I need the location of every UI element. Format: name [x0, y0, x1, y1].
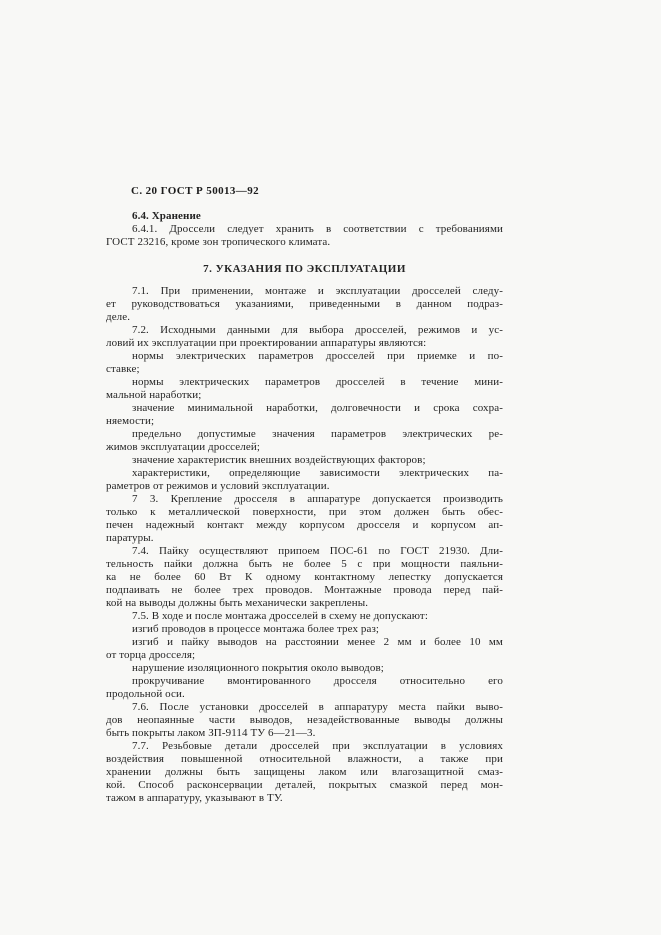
text-line: 7 3. Крепление дросселя в аппаратуре доп… — [106, 493, 503, 506]
text-line: печен надежный контакт между корпусом др… — [106, 519, 503, 532]
text-line: 7.4. Пайку осуществляют припоем ПОС-61 п… — [106, 545, 503, 558]
text-line: 7. УКАЗАНИЯ ПО ЭКСПЛУАТАЦИИ — [106, 263, 503, 276]
text-line: деле. — [106, 311, 503, 324]
text-line: ка не более 60 Вт К одному контактному л… — [106, 571, 503, 584]
text-line: ет руководствоваться указаниями, приведе… — [106, 298, 503, 311]
text-line: ставке; — [106, 363, 503, 376]
text-line: быть покрыты лаком ЗП-9114 ТУ 6—21—3. — [106, 727, 503, 740]
text-line: нормы электрических параметров дросселей… — [106, 350, 503, 363]
text-line: нарушение изоляционного покрытия около в… — [106, 662, 503, 675]
text-line: 7.1. При применении, монтаже и эксплуата… — [106, 285, 503, 298]
text-line: тельность пайки должна быть не более 5 с… — [106, 558, 503, 571]
text-line: 7.5. В ходе и после монтажа дросселей в … — [106, 610, 503, 623]
paragraph: значение минимальной наработки, долговеч… — [106, 402, 503, 428]
text-line: раметров от режимов и условий эксплуатац… — [106, 480, 503, 493]
paragraph: значение характеристик внешних воздейств… — [106, 454, 503, 467]
paragraph: нарушение изоляционного покрытия около в… — [106, 662, 503, 675]
paragraph: прокручивание вмонтированного дросселя о… — [106, 675, 503, 701]
text-line: ловий их эксплуатации при проектировании… — [106, 337, 503, 350]
page-header: С. 20 ГОСТ Р 50013—92 — [131, 185, 259, 198]
text-line: только к металлической поверхности, при … — [106, 506, 503, 519]
text-line: изгиб проводов в процессе монтажа более … — [106, 623, 503, 636]
text-line: значение минимальной наработки, долговеч… — [106, 402, 503, 415]
paragraph: предельно допустимые значения параметров… — [106, 428, 503, 454]
paragraph: характеристики, определяющие зависимости… — [106, 467, 503, 493]
text-line: паратуры. — [106, 532, 503, 545]
text-line: 7.7. Резьбовые детали дросселей при эксп… — [106, 740, 503, 753]
text-line: изгиб и пайку выводов на расстоянии мене… — [106, 636, 503, 649]
text-line: подпаивать не более трех проводов. Монта… — [106, 584, 503, 597]
text-line: нормы электрических параметров дросселей… — [106, 376, 503, 389]
paragraph: 7.5. В ходе и после монтажа дросселей в … — [106, 610, 503, 623]
paragraph: 6.4.1. Дроссели следует хранить в соотве… — [106, 223, 503, 249]
paragraph: 7 3. Крепление дросселя в аппаратуре доп… — [106, 493, 503, 545]
paragraph: 7.2. Исходными данными для выбора дроссе… — [106, 324, 503, 350]
text-line: тажом в аппаратуру, указывают в ТУ. — [106, 792, 503, 805]
paragraph: 6.4. Хранение — [106, 210, 503, 223]
paragraph: изгиб проводов в процессе монтажа более … — [106, 623, 503, 636]
paragraph: изгиб и пайку выводов на расстоянии мене… — [106, 636, 503, 662]
section-heading: 7. УКАЗАНИЯ ПО ЭКСПЛУАТАЦИИ — [106, 263, 503, 276]
text-line: дов неопаянные части выводов, незадейств… — [106, 714, 503, 727]
text-line: мальной наработки; — [106, 389, 503, 402]
document-body: 6.4. Хранение6.4.1. Дроссели следует хра… — [106, 210, 503, 805]
paragraph: 7.6. После установки дросселей в аппарат… — [106, 701, 503, 740]
text-line: прокручивание вмонтированного дросселя о… — [106, 675, 503, 688]
paragraph: 7.1. При применении, монтаже и эксплуата… — [106, 285, 503, 324]
text-line: няемости; — [106, 415, 503, 428]
text-line: предельно допустимые значения параметров… — [106, 428, 503, 441]
text-line: значение характеристик внешних воздейств… — [106, 454, 503, 467]
text-line: воздействия повышенной относительной вла… — [106, 753, 503, 766]
text-line: продольной оси. — [106, 688, 503, 701]
text-line: 7.6. После установки дросселей в аппарат… — [106, 701, 503, 714]
text-line: хранении должны быть защищены лаком или … — [106, 766, 503, 779]
text-line: кой. Способ расконсервации деталей, покр… — [106, 779, 503, 792]
text-line: характеристики, определяющие зависимости… — [106, 467, 503, 480]
text-line: жимов эксплуатации дросселей; — [106, 441, 503, 454]
scanned-document-page: С. 20 ГОСТ Р 50013—92 6.4. Хранение6.4.1… — [0, 0, 661, 935]
text-line: 6.4.1. Дроссели следует хранить в соотве… — [106, 223, 503, 236]
text-line: 7.2. Исходными данными для выбора дроссе… — [106, 324, 503, 337]
text-line: от торца дросселя; — [106, 649, 503, 662]
text-line: 6.4. Хранение — [106, 210, 503, 223]
paragraph: нормы электрических параметров дросселей… — [106, 376, 503, 402]
paragraph: 7.4. Пайку осуществляют припоем ПОС-61 п… — [106, 545, 503, 610]
text-line: ГОСТ 23216, кроме зон тропического клима… — [106, 236, 503, 249]
paragraph: 7.7. Резьбовые детали дросселей при эксп… — [106, 740, 503, 805]
paragraph: нормы электрических параметров дросселей… — [106, 350, 503, 376]
text-line: кой на выводы должны быть механически за… — [106, 597, 503, 610]
